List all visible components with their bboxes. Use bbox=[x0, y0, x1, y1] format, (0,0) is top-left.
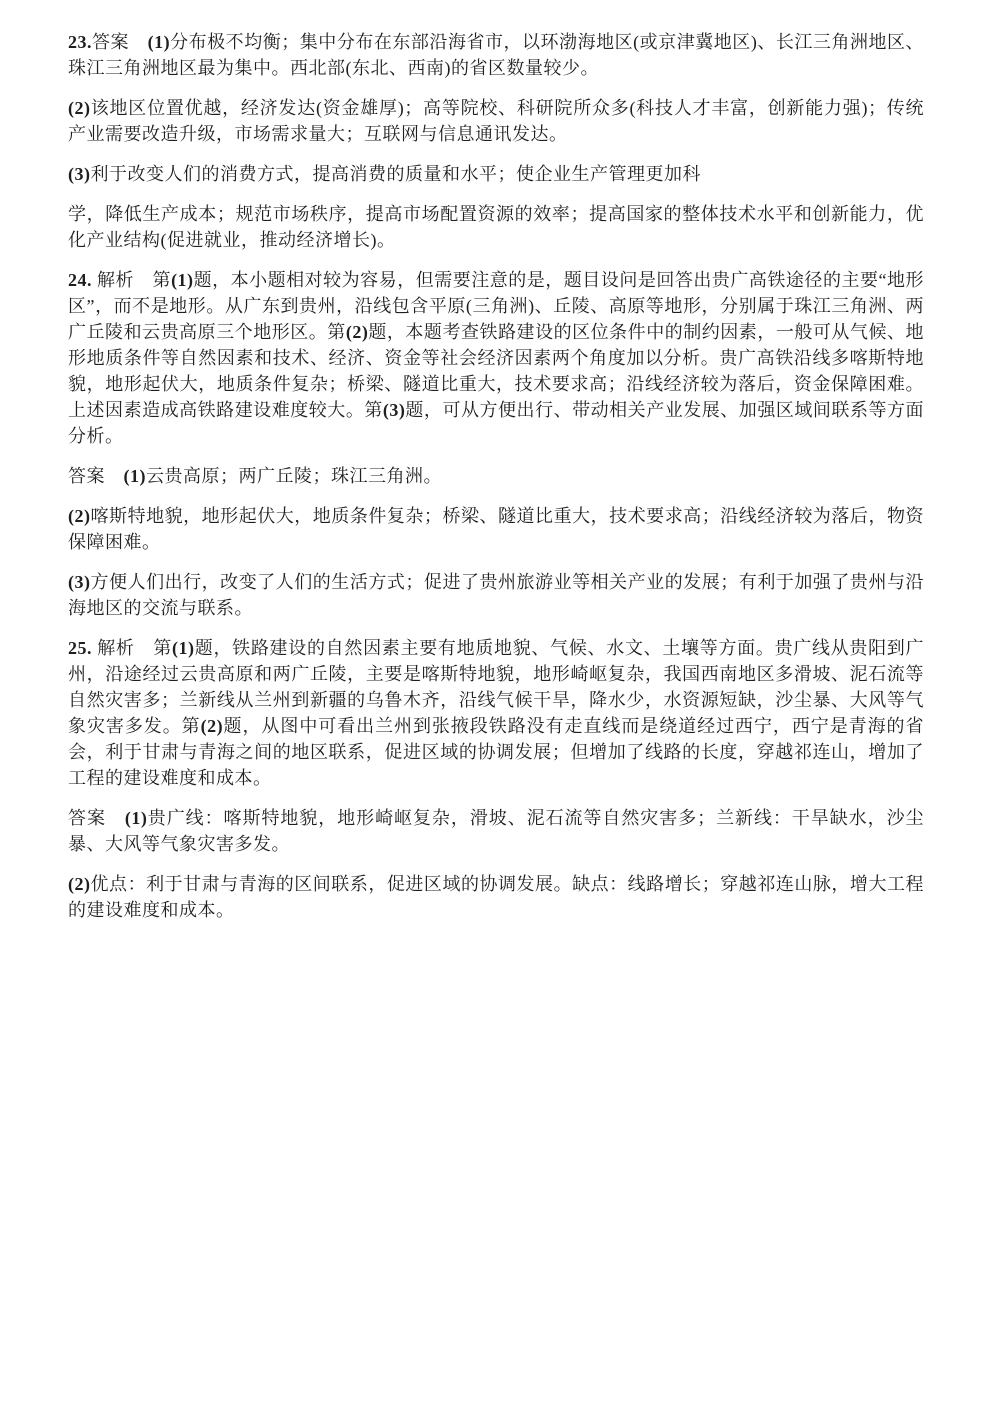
text-run: 云贵高原；两广丘陵；珠江三角洲。 bbox=[146, 466, 442, 486]
bold-number-run: 24. bbox=[68, 270, 92, 290]
text-run: 解析 第 bbox=[92, 270, 171, 290]
document-body: 23.答案 (1)分布极不均衡；集中分布在东部沿海省市，以环渤海地区(或京津冀地… bbox=[68, 29, 924, 923]
bold-number-run: (2) bbox=[68, 506, 91, 526]
paragraph-q25-answer-2: (2)优点：利于甘肃与青海的区间联系，促进区域的协调发展。缺点：线路增长；穿越祁… bbox=[68, 871, 924, 923]
bold-number-run: (2) bbox=[346, 322, 369, 342]
bold-number-run: (2) bbox=[201, 716, 224, 736]
paragraph-q23-answer: 23.答案 (1)分布极不均衡；集中分布在东部沿海省市，以环渤海地区(或京津冀地… bbox=[68, 29, 924, 81]
paragraph-q23-answer-2: (2)该地区位置优越，经济发达(资金雄厚)；高等院校、科研院所众多(科技人才丰富… bbox=[68, 95, 924, 147]
bold-number-run: (2) bbox=[68, 98, 91, 118]
paragraph-q24-analysis: 24. 解析 第(1)题，本小题相对较为容易，但需要注意的是，题目设问是回答出贵… bbox=[68, 267, 924, 449]
bold-number-run: (3) bbox=[383, 400, 406, 420]
text-run: 答案 bbox=[68, 808, 125, 828]
paragraph-q23-answer-3b: 学，降低生产成本；规范市场秩序，提高市场配置资源的效率；提高国家的整体技术水平和… bbox=[68, 201, 924, 253]
text-run: 该地区位置优越，经济发达(资金雄厚)；高等院校、科研院所众多(科技人才丰富，创新… bbox=[68, 98, 924, 144]
bold-number-run: 25. bbox=[68, 638, 92, 658]
text-run: 贵广线：喀斯特地貌，地形崎岖复杂，滑坡、泥石流等自然灾害多；兰新线：干旱缺水，沙… bbox=[68, 808, 924, 854]
text-run: 喀斯特地貌，地形起伏大，地质条件复杂；桥梁、隧道比重大，技术要求高；沿线经济较为… bbox=[68, 506, 924, 552]
text-run: 学，降低生产成本；规范市场秩序，提高市场配置资源的效率；提高国家的整体技术水平和… bbox=[68, 204, 924, 250]
bold-number-run: 23. bbox=[68, 32, 92, 52]
paragraph-q25-answer-1: 答案 (1)贵广线：喀斯特地貌，地形崎岖复杂，滑坡、泥石流等自然灾害多；兰新线：… bbox=[68, 805, 924, 857]
text-run: 分布极不均衡；集中分布在东部沿海省市，以环渤海地区(或京津冀地区)、长江三角洲地… bbox=[68, 32, 924, 78]
paragraph-q24-answer-3: (3)方便人们出行，改变了人们的生活方式；促进了贵州旅游业等相关产业的发展；有利… bbox=[68, 569, 924, 621]
bold-number-run: (3) bbox=[68, 572, 91, 592]
text-run: 答案 bbox=[92, 32, 148, 52]
bold-number-run: (2) bbox=[68, 874, 91, 894]
document-page: 23.答案 (1)分布极不均衡；集中分布在东部沿海省市，以环渤海地区(或京津冀地… bbox=[0, 0, 992, 1403]
bold-number-run: (3) bbox=[68, 164, 91, 184]
bold-number-run: (1) bbox=[172, 638, 195, 658]
bold-number-run: (1) bbox=[124, 466, 147, 486]
bold-number-run: (1) bbox=[171, 270, 194, 290]
text-run: 优点：利于甘肃与青海的区间联系，促进区域的协调发展。缺点：线路增长；穿越祁连山脉… bbox=[68, 874, 924, 920]
paragraph-q23-answer-3a: (3)利于改变人们的消费方式，提高消费的质量和水平；使企业生产管理更加科 bbox=[68, 161, 924, 187]
text-run: 解析 第 bbox=[92, 638, 172, 658]
bold-number-run: (1) bbox=[125, 808, 148, 828]
text-run: 方便人们出行，改变了人们的生活方式；促进了贵州旅游业等相关产业的发展；有利于加强… bbox=[68, 572, 924, 618]
paragraph-q24-answer-1: 答案 (1)云贵高原；两广丘陵；珠江三角洲。 bbox=[68, 463, 924, 489]
text-run: 利于改变人们的消费方式，提高消费的质量和水平；使企业生产管理更加科 bbox=[91, 164, 702, 184]
paragraph-q25-analysis: 25. 解析 第(1)题，铁路建设的自然因素主要有地质地貌、气候、水文、土壤等方… bbox=[68, 635, 924, 791]
text-run: 答案 bbox=[68, 466, 124, 486]
paragraph-q24-answer-2: (2)喀斯特地貌，地形起伏大，地质条件复杂；桥梁、隧道比重大，技术要求高；沿线经… bbox=[68, 503, 924, 555]
bold-number-run: (1) bbox=[148, 32, 171, 52]
